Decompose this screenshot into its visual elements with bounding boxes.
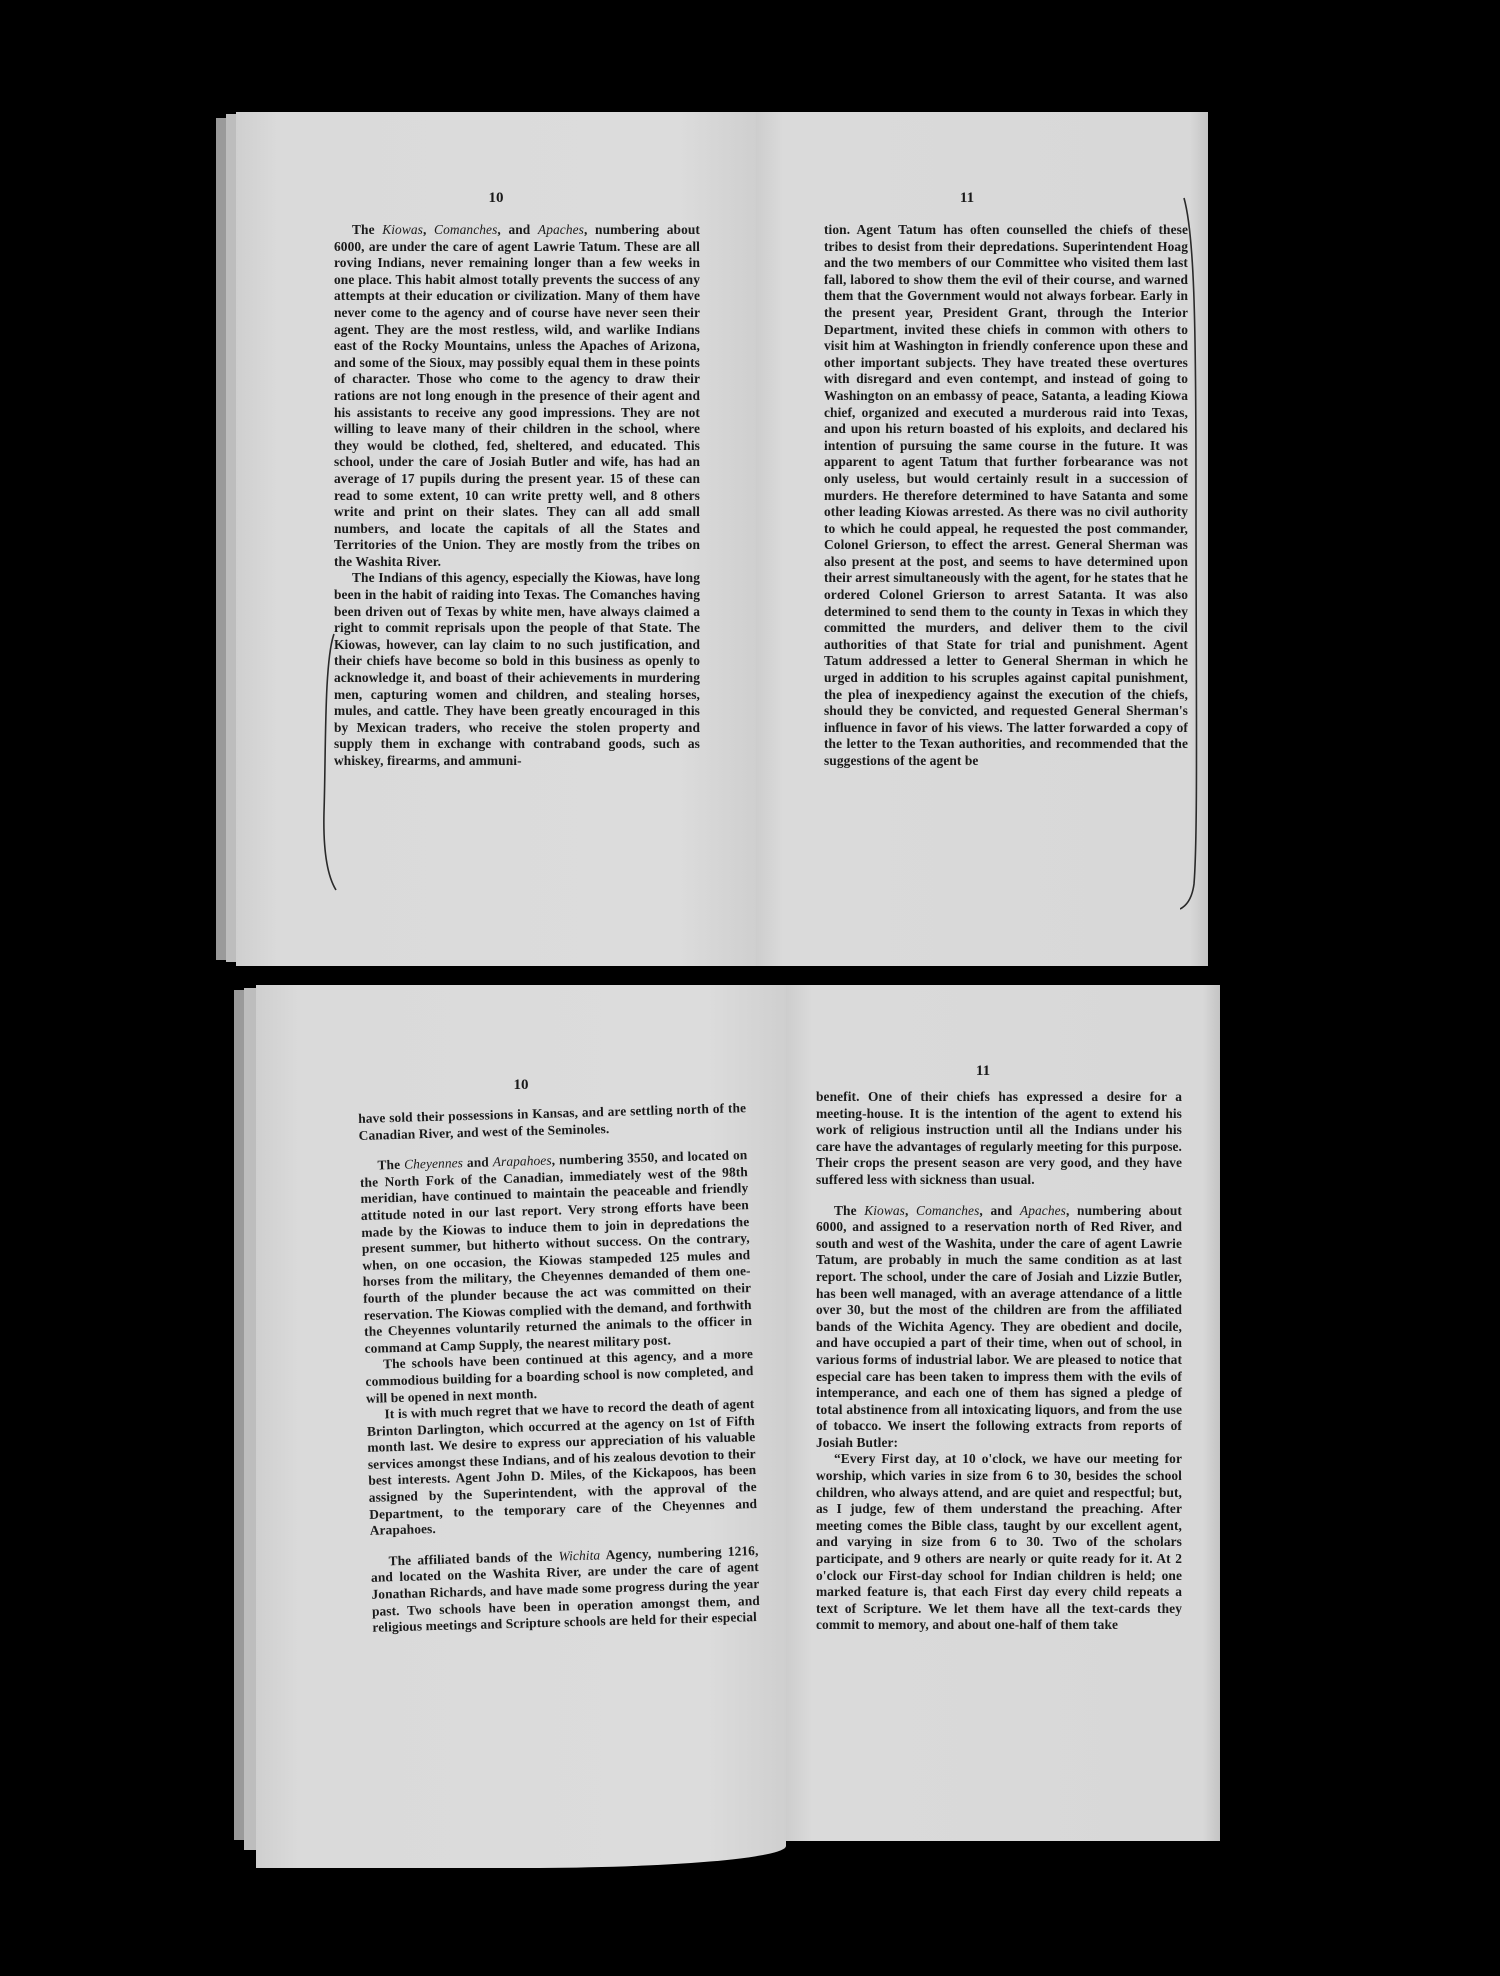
italic-term: Kiowas bbox=[864, 1203, 905, 1218]
bottom-right-page: 11 benefit. One of their chiefs has expr… bbox=[786, 985, 1220, 1841]
page-number: 10 bbox=[256, 1077, 786, 1094]
page-number: 11 bbox=[746, 1063, 1220, 1080]
page-body: benefit. One of their chiefs has express… bbox=[816, 1089, 1182, 1634]
bottom-book-spread: 10 have sold their possessions in Kansas… bbox=[0, 0, 1500, 1976]
paragraph: have sold their possessions in Kansas, a… bbox=[358, 1100, 747, 1144]
paragraph: “Every First day, at 10 o'clock, we have… bbox=[816, 1451, 1182, 1634]
paragraph: The affiliated bands of the Wichita Agen… bbox=[370, 1543, 760, 1637]
paragraph: The Cheyennes and Arapahoes, numbering 3… bbox=[359, 1147, 752, 1357]
italic-term: Cheyennes bbox=[404, 1155, 463, 1172]
paragraph: It is with much regret that we have to r… bbox=[366, 1396, 758, 1540]
italic-term: Arapahoes bbox=[493, 1153, 552, 1170]
page-stack-edge bbox=[234, 990, 244, 1840]
italic-term: Comanches bbox=[916, 1203, 979, 1218]
paragraph: The Kiowas, Comanches, and Apaches, numb… bbox=[816, 1203, 1182, 1452]
italic-term: Wichita bbox=[558, 1547, 600, 1563]
paragraph: benefit. One of their chiefs has express… bbox=[816, 1089, 1182, 1189]
italic-term: Apaches bbox=[1020, 1203, 1066, 1218]
bottom-left-page: 10 have sold their possessions in Kansas… bbox=[256, 985, 786, 1868]
page-body: have sold their possessions in Kansas, a… bbox=[358, 1100, 761, 1636]
